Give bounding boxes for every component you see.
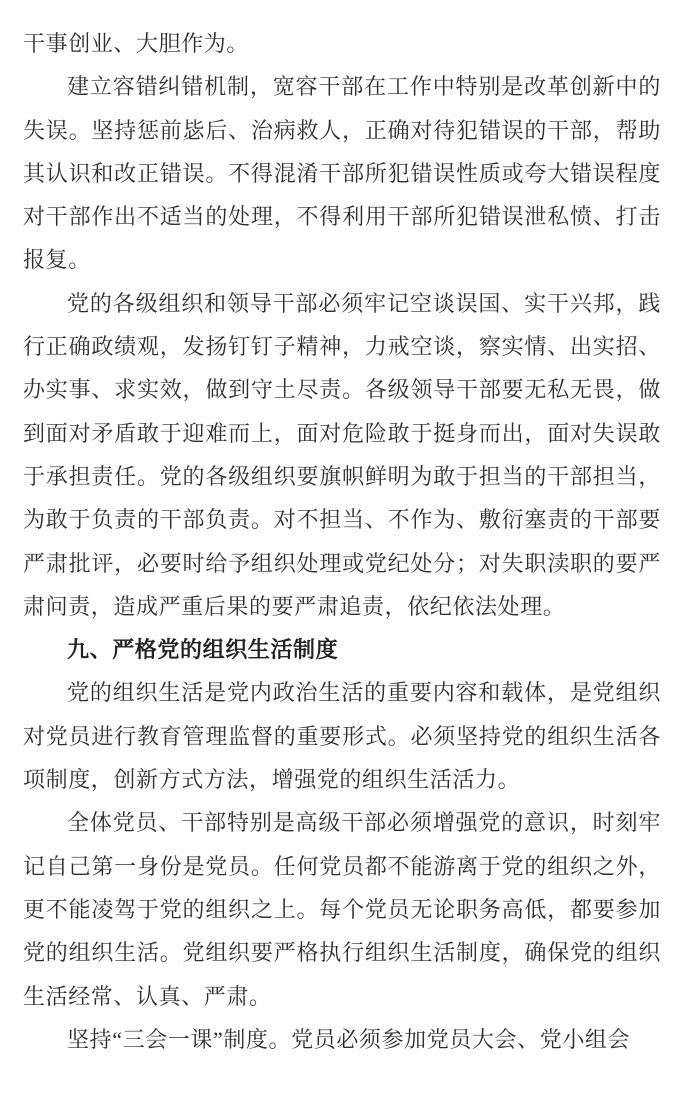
paragraph: 建立容错纠错机制，宽容干部在工作中特别是改革创新中的失误。坚持惩前毖后、治病救人… xyxy=(23,65,661,281)
section-heading: 九、严格党的组织生活制度 xyxy=(23,628,661,671)
paragraph: 党的组织生活是党内政治生活的重要内容和载体，是党组织对党员进行教育管理监督的重要… xyxy=(23,671,661,801)
document-page: 干事创业、大胆作为。建立容错纠错机制，宽容干部在工作中特别是改革创新中的失误。坚… xyxy=(0,0,691,1096)
paragraph: 党的各级组织和领导干部必须牢记空谈误国、实干兴邦，践行正确政绩观，发扬钉钉子精神… xyxy=(23,282,661,628)
paragraph: 全体党员、干部特别是高级干部必须增强党的意识，时刻牢记自己第一身份是党员。任何党… xyxy=(23,801,661,1017)
document-body: 干事创业、大胆作为。建立容错纠错机制，宽容干部在工作中特别是改革创新中的失误。坚… xyxy=(23,22,661,1061)
paragraph: 干事创业、大胆作为。 xyxy=(23,22,661,65)
paragraph: 坚持“三会一课”制度。党员必须参加党员大会、党小组会 xyxy=(23,1018,661,1061)
